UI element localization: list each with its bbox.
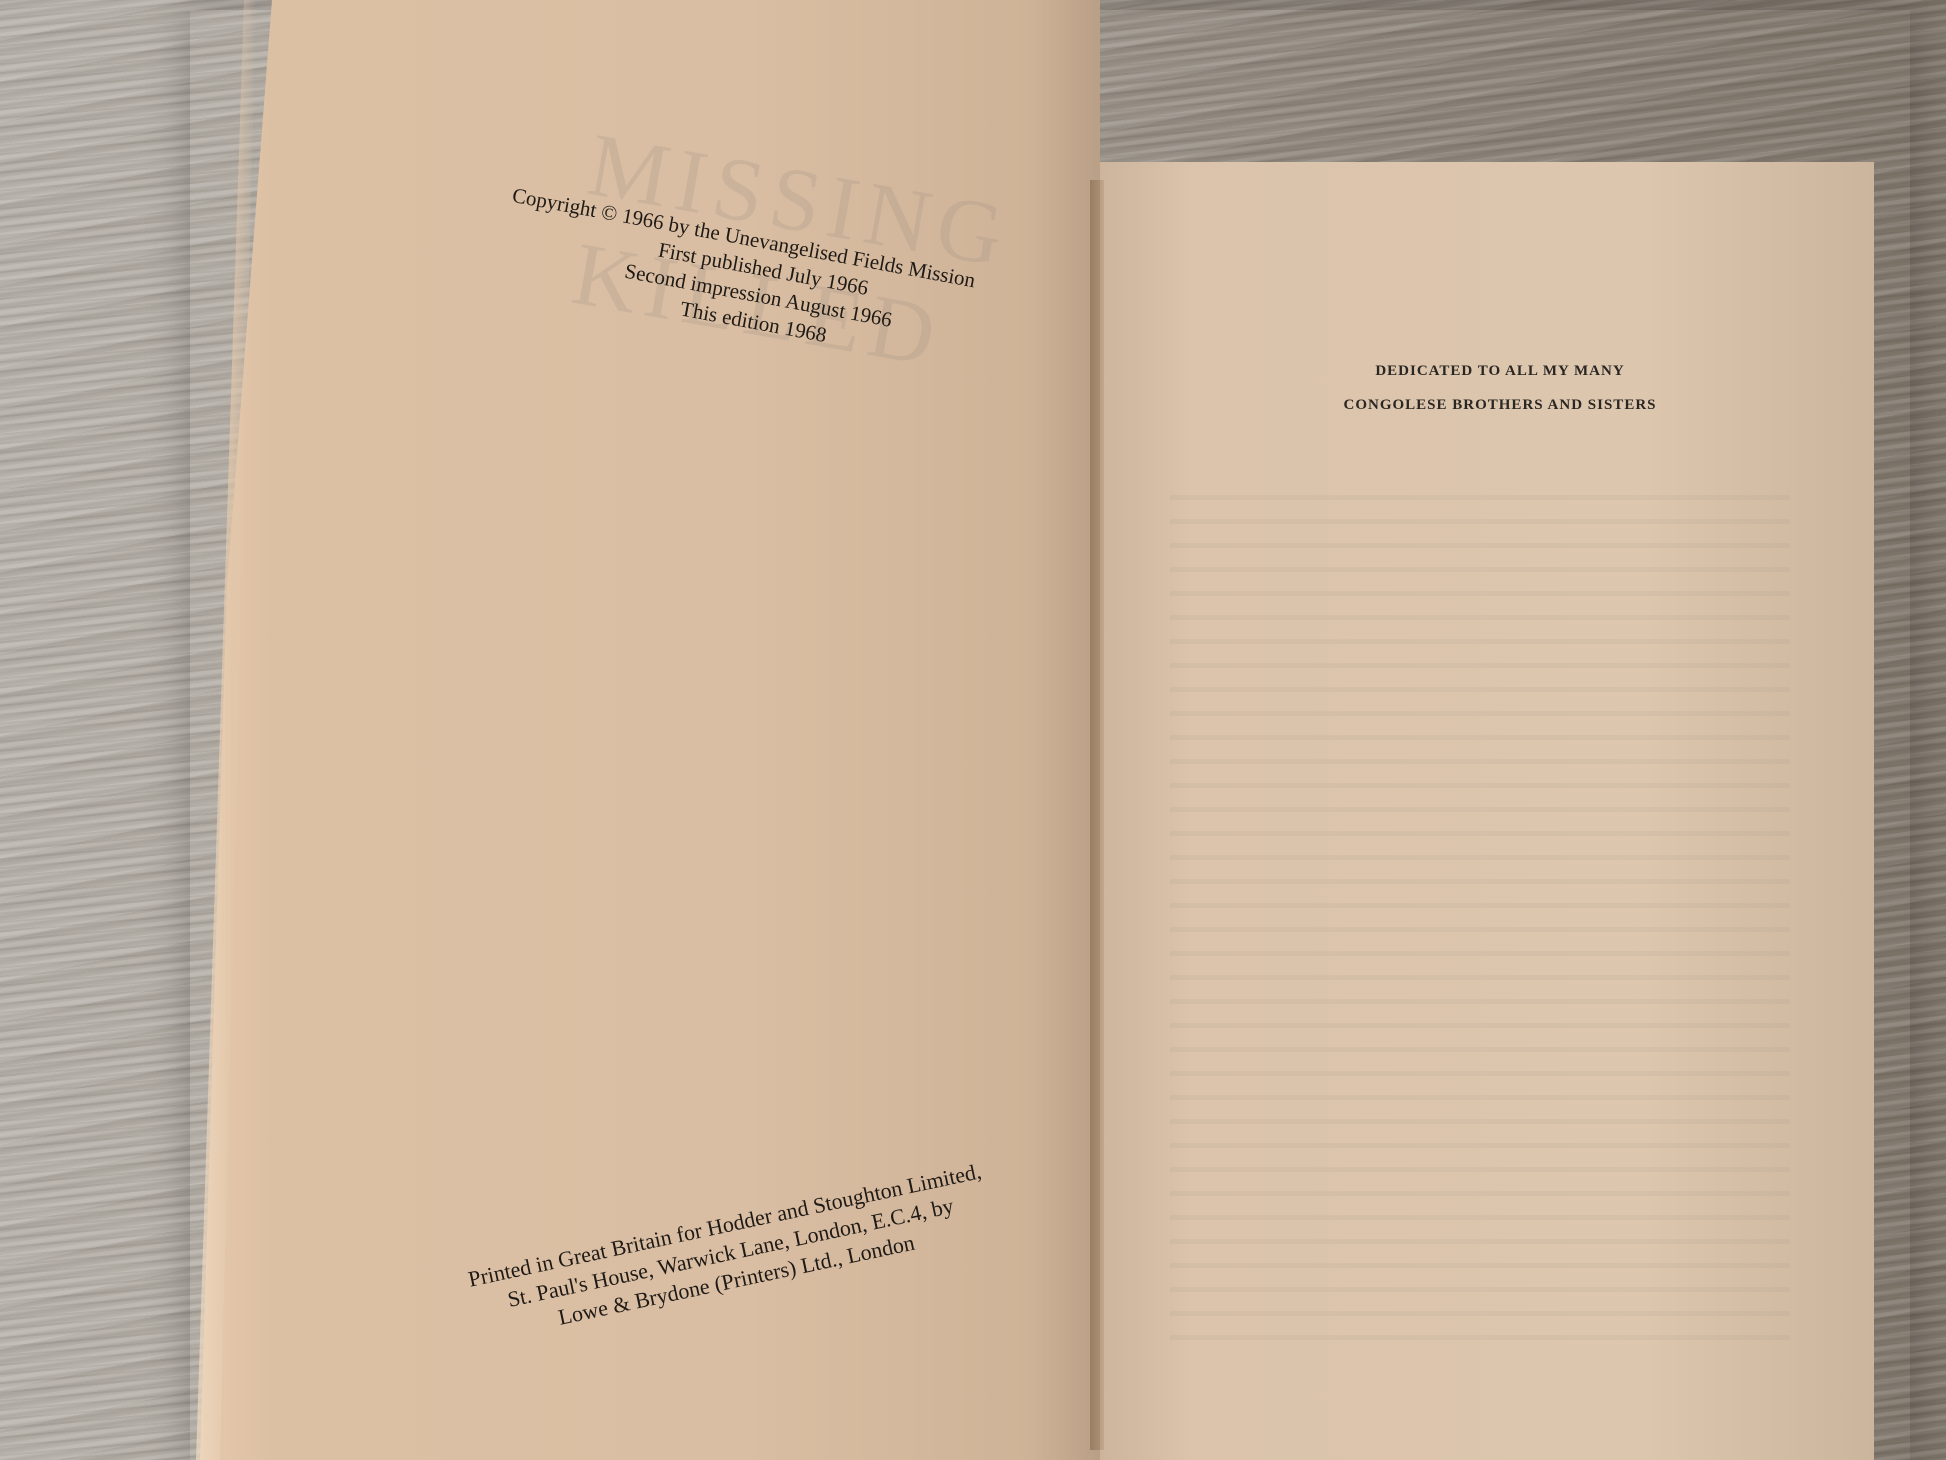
dedication-line: DEDICATED TO ALL MY MANY [1300,354,1700,388]
show-through-text-lines [1170,480,1790,1340]
book-gutter [1090,180,1104,1450]
dedication-line: CONGOLESE BROTHERS AND SISTERS [1300,388,1700,422]
dedication: DEDICATED TO ALL MY MANY CONGOLESE BROTH… [1300,354,1700,422]
